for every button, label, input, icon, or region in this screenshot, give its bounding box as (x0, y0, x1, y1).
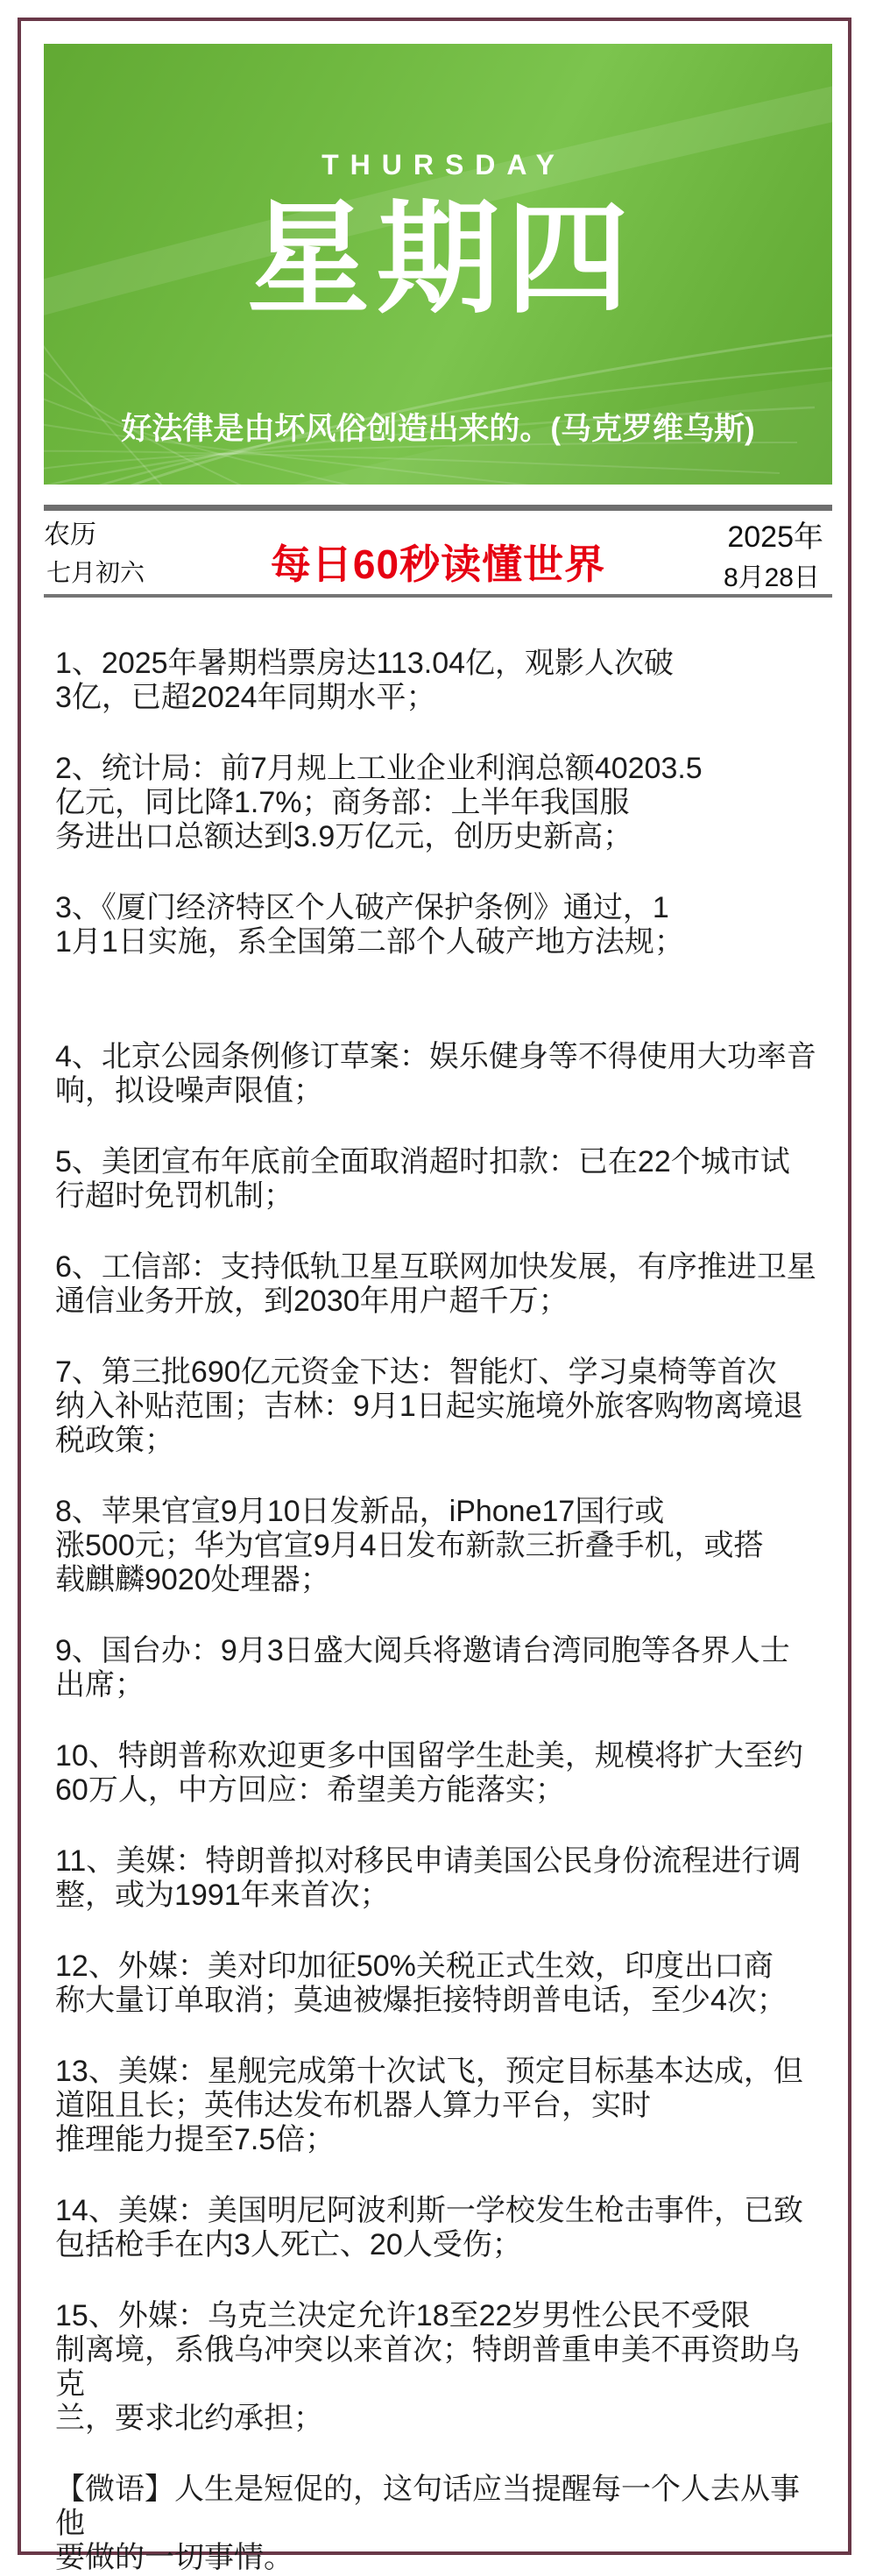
news-item-2: 2、统计局：前7月规上工业企业利润总额40203.5 亿元，同比降1.7%；商务… (55, 752, 824, 854)
news-item-14: 14、美媒：美国明尼阿波利斯一学校发生枪击事件，已致 包括枪手在内3人死亡、20… (55, 2194, 824, 2262)
year-label: 2025年 (727, 513, 823, 556)
daily-news-card: THURSDAY 星期四 好法律是由坏风俗创造出来的。(马克罗维乌斯) 农历 七… (0, 0, 876, 2576)
news-item-4: 4、北京公园条例修订草案：娱乐健身等不得使用大功率音 响，拟设噪声限值； (55, 1040, 824, 1108)
banner: THURSDAY 星期四 好法律是由坏风俗创造出来的。(马克罗维乌斯) (44, 44, 832, 485)
news-item-7: 7、第三批690亿元资金下达：智能灯、学习桌椅等首次 纳入补贴范围；吉林：9月1… (55, 1355, 824, 1458)
news-item-9: 9、国台办：9月3日盛大阅兵将邀请台湾同胞等各界人士 出席； (55, 1634, 824, 1702)
news-list: 1、2025年暑期档票房达113.04亿，观影人次破 3亿，已超2024年同期水… (55, 647, 824, 2575)
news-item-13: 13、美媒：星舰完成第十次试飞，预定目标基本达成，但 道阻且长；英伟达发布机器人… (55, 2055, 824, 2157)
news-item-15: 15、外媒：乌克兰决定允许18至22岁男性公民不受限 制离境，系俄乌冲突以来首次… (55, 2299, 824, 2436)
news-item-11: 11、美媒：特朗普拟对移民申请美国公民身份流程进行调 整，或为1991年来首次； (55, 1844, 824, 1913)
news-item-5: 5、美团宣布年底前全面取消超时扣款：已在22个城市试 行超时免罚机制； (55, 1145, 824, 1214)
date-label: 8月28日 (724, 556, 820, 594)
daily-quote: 好法律是由坏风俗创造出来的。(马克罗维乌斯) (44, 405, 832, 449)
separator-rule-top (44, 505, 832, 511)
news-item-10: 10、特朗普称欢迎更多中国留学生赴美，规模将扩大至约 60万人，中方回应：希望美… (55, 1739, 824, 1808)
news-item-3: 3、《厦门经济特区个人破产保护条例》通过，1 1月1日实施，系全国第二部个人破产… (55, 891, 824, 959)
news-item-6: 6、工信部：支持低轨卫星互联网加快发展，有序推进卫星 通信业务开放，到2030年… (55, 1250, 824, 1319)
footer-remark: 【微语】人生是短促的，这句话应当提醒每一个人去从事他 要做的一切事情。 (55, 2473, 824, 2575)
news-item-12: 12、外媒：美对印加征50%关税正式生效，印度出口商 称大量订单取消；莫迪被爆拒… (55, 1950, 824, 2018)
separator-rule-bottom (44, 594, 832, 598)
news-item-8: 8、苹果官宣9月10日发新品，iPhone17国行或 涨500元；华为官宣9月4… (55, 1495, 824, 1597)
news-item-1: 1、2025年暑期档票房达113.04亿，观影人次破 3亿，已超2024年同期水… (55, 647, 824, 715)
weekday-english-label: THURSDAY (44, 149, 832, 181)
weekday-chinese-title: 星期四 (44, 186, 832, 333)
